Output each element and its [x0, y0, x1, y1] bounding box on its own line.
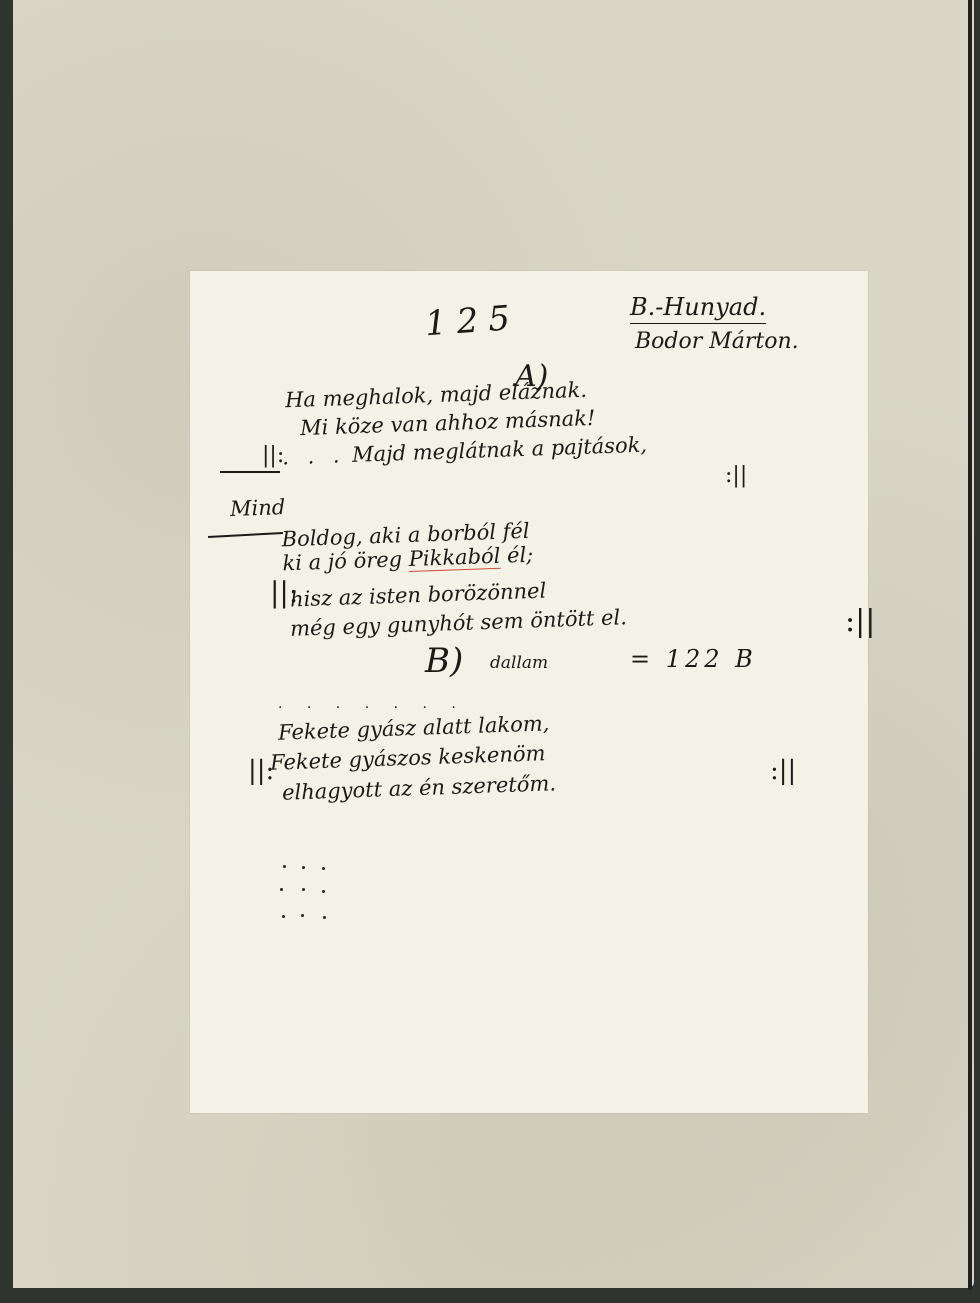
verse-prefix: Mind [230, 495, 286, 521]
dot-grid [280, 862, 340, 922]
margin-rule [220, 471, 280, 473]
section-b-reference: = 122 B [630, 645, 757, 673]
repeat-dots: . . . . . . . [278, 696, 466, 712]
section-b-note: dallam [490, 653, 548, 673]
repeat-dots: . . . [282, 443, 346, 469]
red-underlined-word: Pikkaból [408, 544, 500, 572]
repeat-sign-close: :|| [725, 463, 747, 488]
verse-line: hisz az isten borözönnel [290, 579, 547, 612]
manuscript-slip: 125 B.-Hunyad. Bodor Márton. A) Ha megha… [190, 271, 868, 1113]
verse-line: Fekete gyászos keskenöm [270, 741, 546, 775]
song-number: 125 [424, 298, 521, 345]
card-edge [968, 0, 972, 1290]
repeat-sign-close: :|| [770, 756, 796, 786]
repeat-sign-close: :|| [845, 604, 875, 639]
place-name: B.-Hunyad. [630, 293, 766, 324]
repeat-sign-open: ||: [270, 576, 298, 609]
verse-line: még egy gunyhót sem öntött el. [290, 605, 628, 641]
verse-line: elhagyott az én szeretőm. [282, 771, 557, 805]
margin-rule [208, 532, 283, 537]
section-b-label: B) [425, 641, 463, 681]
collector-name: Bodor Márton. [635, 329, 799, 354]
verse-line: Fekete gyász alatt lakom, [278, 711, 550, 744]
verse-line: Boldog, aki a borból fél ki a jó öreg Pi… [281, 519, 533, 576]
